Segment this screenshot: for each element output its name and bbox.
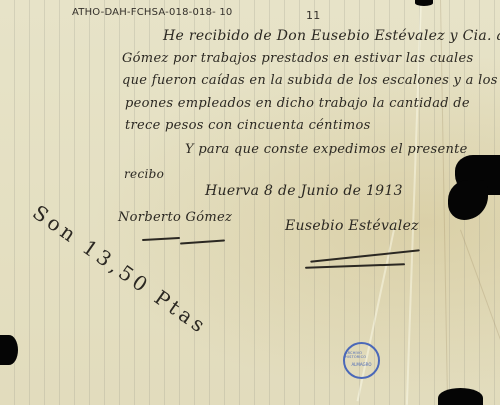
receipt-body-line: trece pesos con cincuenta céntimos [125, 118, 371, 133]
receipt-body-line: que fueron caídas en la subida de los es… [122, 73, 498, 88]
signature-right: Eusebio Estévalez [285, 218, 419, 234]
torn-hole-left [0, 335, 18, 365]
signature-left: Norberto Gómez [118, 210, 232, 225]
archive-stamp: ARCHIVO HISTÓRICO ALMAGRO [343, 342, 380, 379]
place-and-date: Huerva 8 de Junio de 1913 [205, 183, 403, 199]
receipt-body-line: He recibido de Don Eusebio Estévalez y C… [163, 28, 500, 44]
closing-line: Y para que conste expedimos el presente [185, 142, 468, 157]
page-number: 11 [306, 9, 320, 22]
torn-hole-top [415, 0, 433, 6]
receipt-body-line: peones empleados en dicho trabajo la can… [125, 96, 470, 111]
stamp-top-text: ARCHIVO HISTÓRICO [345, 351, 378, 359]
stamp-center-text: ALMAGRO [351, 362, 371, 367]
receipt-body-line: Gómez por trabajos prestados en estivar … [122, 51, 473, 66]
torn-hole-bottom [438, 388, 483, 405]
archive-reference-code: ATHO-DAH-FCHSA-018-018- 10 [72, 7, 232, 18]
closing-word: recibo [124, 167, 164, 181]
